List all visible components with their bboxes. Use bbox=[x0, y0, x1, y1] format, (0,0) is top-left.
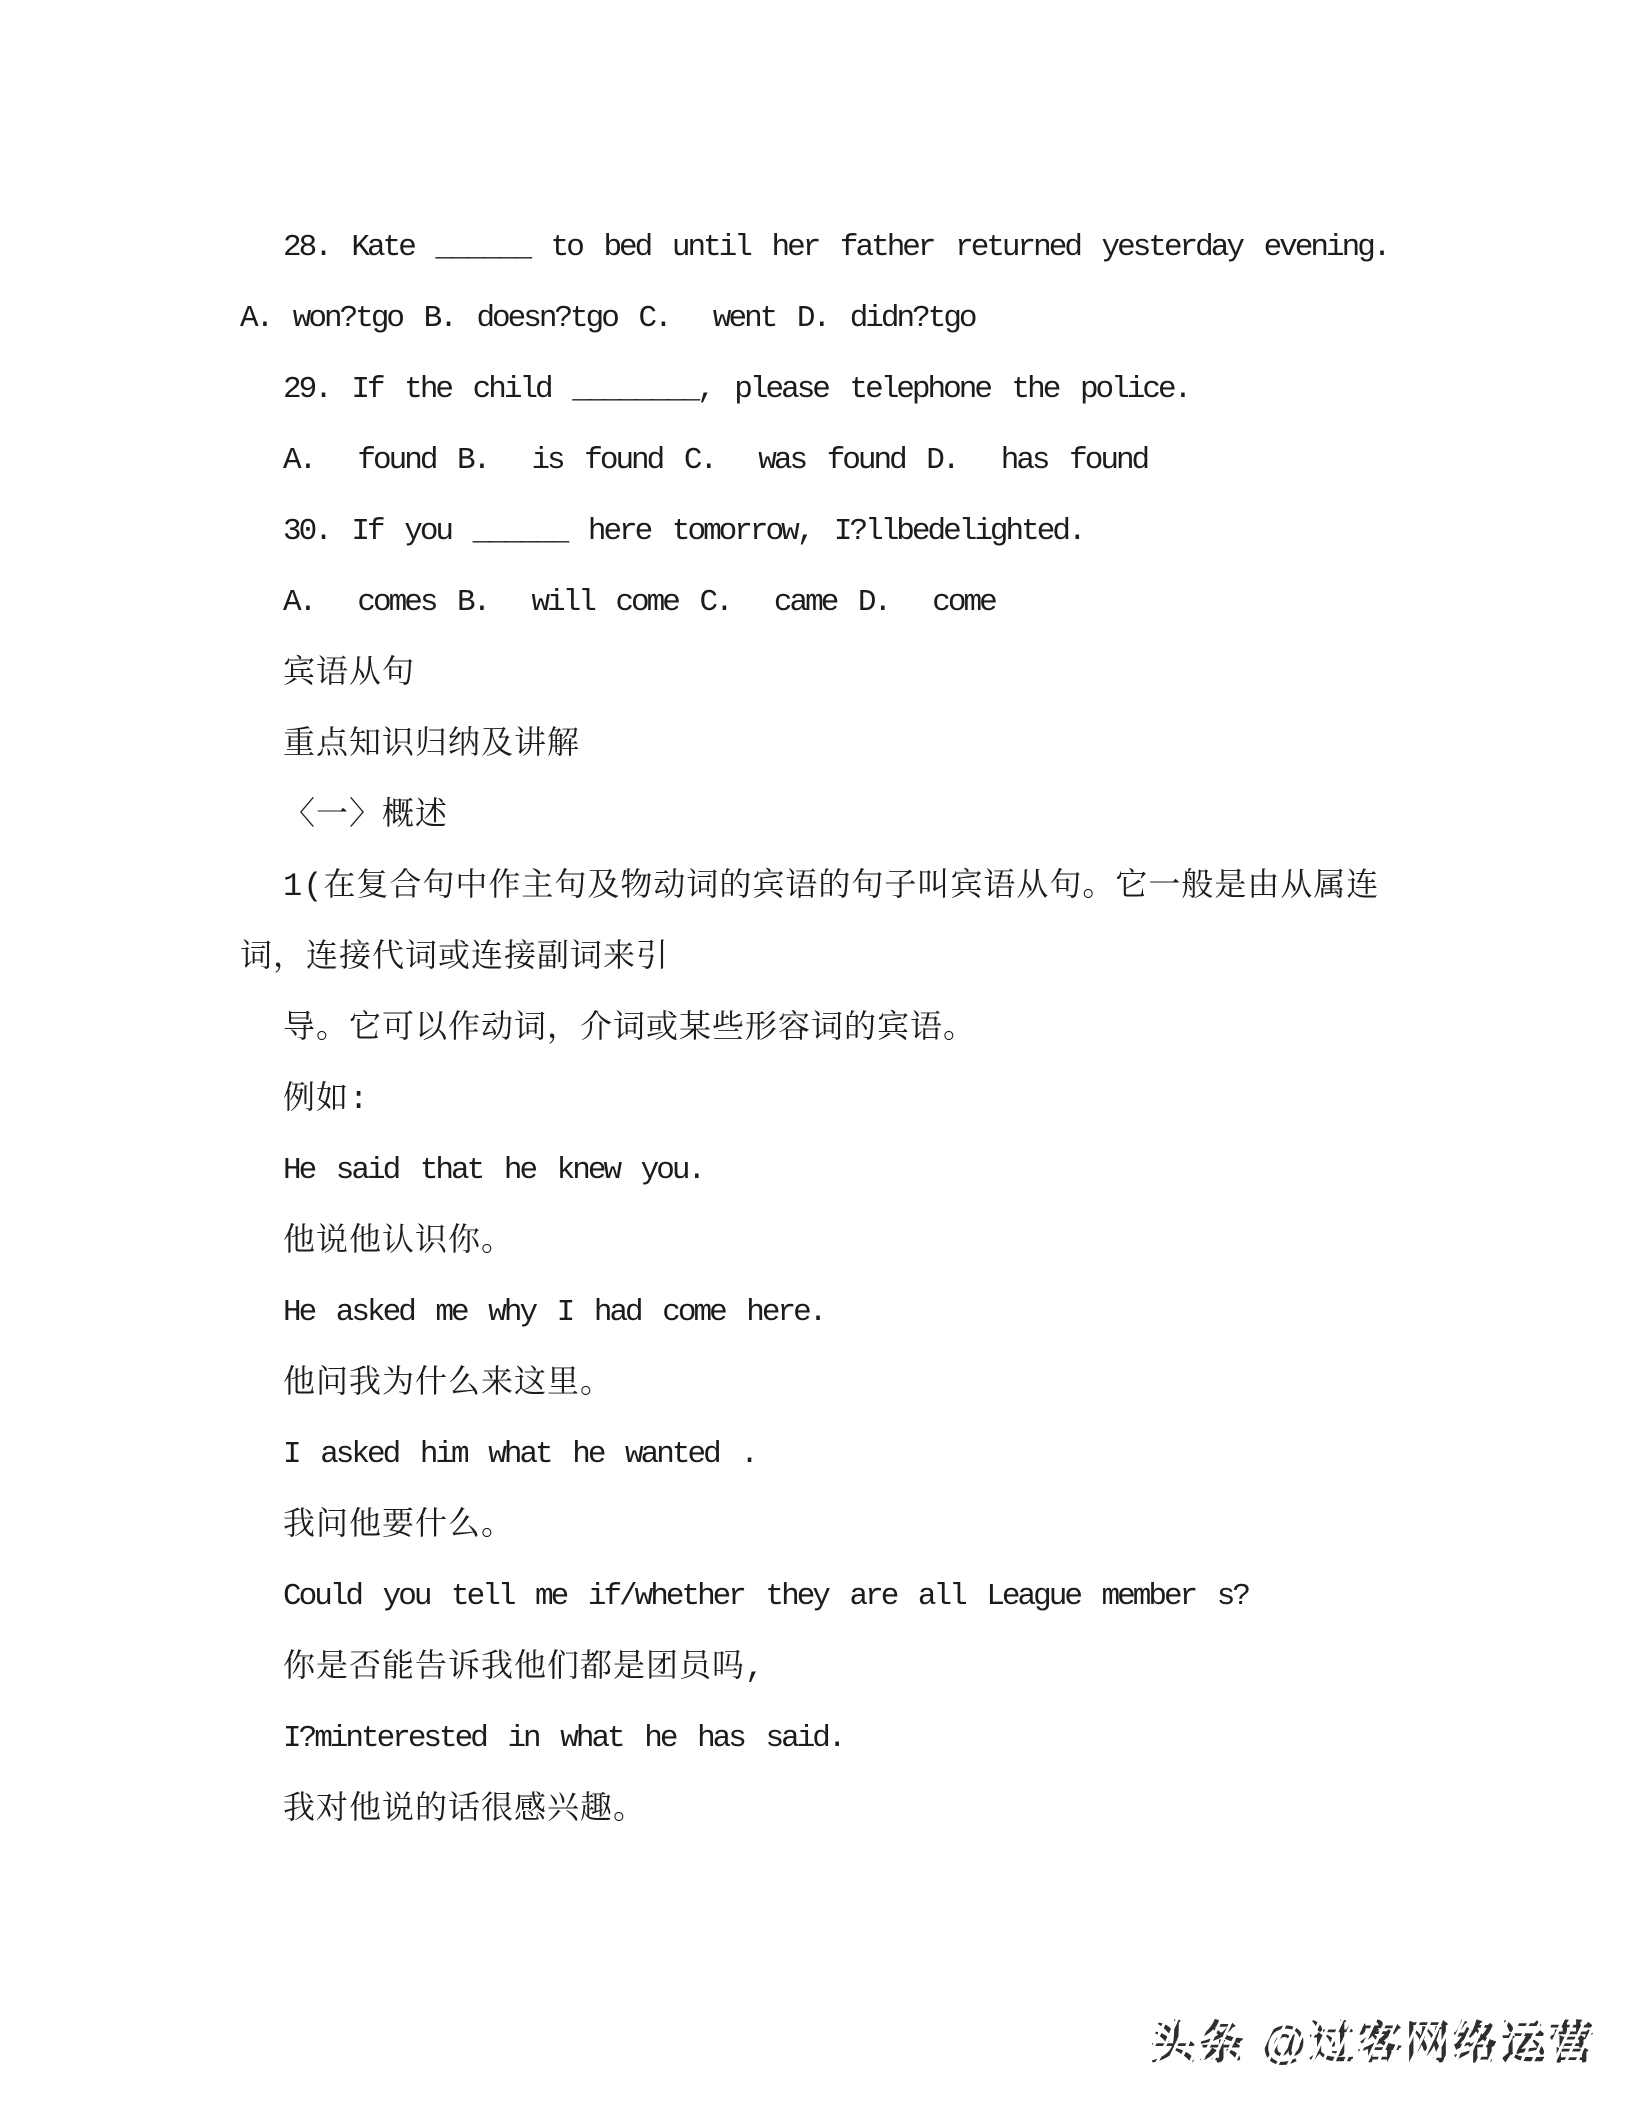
text-line-content: 他问我为什么来这里。 bbox=[283, 1365, 613, 1402]
text-line: Could you tell me if/whether they are al… bbox=[240, 1561, 1400, 1632]
text-line-content: A. won?tgo B. doesn?tgo C. went D. didn?… bbox=[240, 301, 975, 336]
text-line-content: 导。它可以作动词，介词或某些形容词的宾语。 bbox=[283, 1010, 976, 1047]
text-line: He asked me why I had come here. bbox=[240, 1277, 1400, 1348]
text-line-content: 28. Kate ______ to bed until her father … bbox=[283, 230, 1388, 265]
text-line: A. won?tgo B. doesn?tgo C. went D. didn?… bbox=[240, 283, 1400, 354]
text-line: I?minterested in what he has said. bbox=[240, 1703, 1400, 1774]
text-line-content: 你是否能告诉我他们都是团员吗, bbox=[283, 1649, 765, 1686]
text-line: 我对他说的话很感兴趣。 bbox=[240, 1774, 1400, 1845]
text-line: 30. If you ______ here tomorrow, I?llbed… bbox=[240, 496, 1400, 567]
watermark-badge: 头条 @过客网络运营 bbox=[1151, 2008, 1597, 2078]
text-line: 〈一〉概述 bbox=[240, 780, 1400, 851]
text-line: A. found B. is found C. was found D. has… bbox=[240, 425, 1400, 496]
text-line: 我问他要什么。 bbox=[240, 1490, 1400, 1561]
text-line-content: He asked me why I had come here. bbox=[283, 1295, 824, 1330]
text-line: 29. If the child ________, please teleph… bbox=[240, 354, 1400, 425]
text-line-content: I asked him what he wanted . bbox=[283, 1437, 756, 1472]
text-line: 词，连接代词或连接副词来引 bbox=[240, 922, 1400, 993]
text-line-content: I?minterested in what he has said. bbox=[283, 1721, 844, 1756]
text-line-content: 29. If the child ________, please teleph… bbox=[283, 372, 1189, 407]
document-page: 28. Kate ______ to bed until her father … bbox=[0, 0, 1632, 2112]
text-line: 28. Kate ______ to bed until her father … bbox=[240, 212, 1400, 283]
text-line: 1(在复合句中作主句及物动词的宾语的句子叫宾语从句。它一般是由从属连 bbox=[240, 851, 1400, 922]
text-line-content: 他说他认识你。 bbox=[283, 1223, 514, 1260]
text-line: I asked him what he wanted . bbox=[240, 1419, 1400, 1490]
text-line-content: A. found B. is found C. was found D. has… bbox=[283, 443, 1147, 478]
text-line: 你是否能告诉我他们都是团员吗, bbox=[240, 1632, 1400, 1703]
text-line-content: Could you tell me if/whether they are al… bbox=[283, 1579, 1248, 1614]
text-line-content: 例如: bbox=[283, 1081, 369, 1118]
text-line: 他问我为什么来这里。 bbox=[240, 1348, 1400, 1419]
text-line-content: 词，连接代词或连接副词来引 bbox=[240, 939, 669, 976]
text-line-content: 宾语从句 bbox=[283, 655, 415, 692]
text-line-content: 〈一〉概述 bbox=[283, 797, 448, 834]
text-line: A. comes B. will come C. came D. come bbox=[240, 567, 1400, 638]
text-line-content: 30. If you ______ here tomorrow, I?llbed… bbox=[283, 514, 1084, 549]
document-body: 28. Kate ______ to bed until her father … bbox=[240, 212, 1400, 1845]
text-line-content: 我对他说的话很感兴趣。 bbox=[283, 1791, 646, 1828]
text-line-content: 我问他要什么。 bbox=[283, 1507, 514, 1544]
text-line: 宾语从句 bbox=[240, 638, 1400, 709]
text-line: 他说他认识你。 bbox=[240, 1206, 1400, 1277]
text-line-content: He said that he knew you. bbox=[283, 1153, 703, 1188]
text-line-content: 1(在复合句中作主句及物动词的宾语的句子叫宾语从句。它一般是由从属连 bbox=[283, 868, 1379, 905]
text-line: 例如: bbox=[240, 1064, 1400, 1135]
text-line: 导。它可以作动词，介词或某些形容词的宾语。 bbox=[240, 993, 1400, 1064]
text-line-content: A. comes B. will come C. came D. come bbox=[283, 585, 995, 620]
text-line: 重点知识归纳及讲解 bbox=[240, 709, 1400, 780]
text-line: He said that he knew you. bbox=[240, 1135, 1400, 1206]
text-line-content: 重点知识归纳及讲解 bbox=[283, 726, 580, 763]
